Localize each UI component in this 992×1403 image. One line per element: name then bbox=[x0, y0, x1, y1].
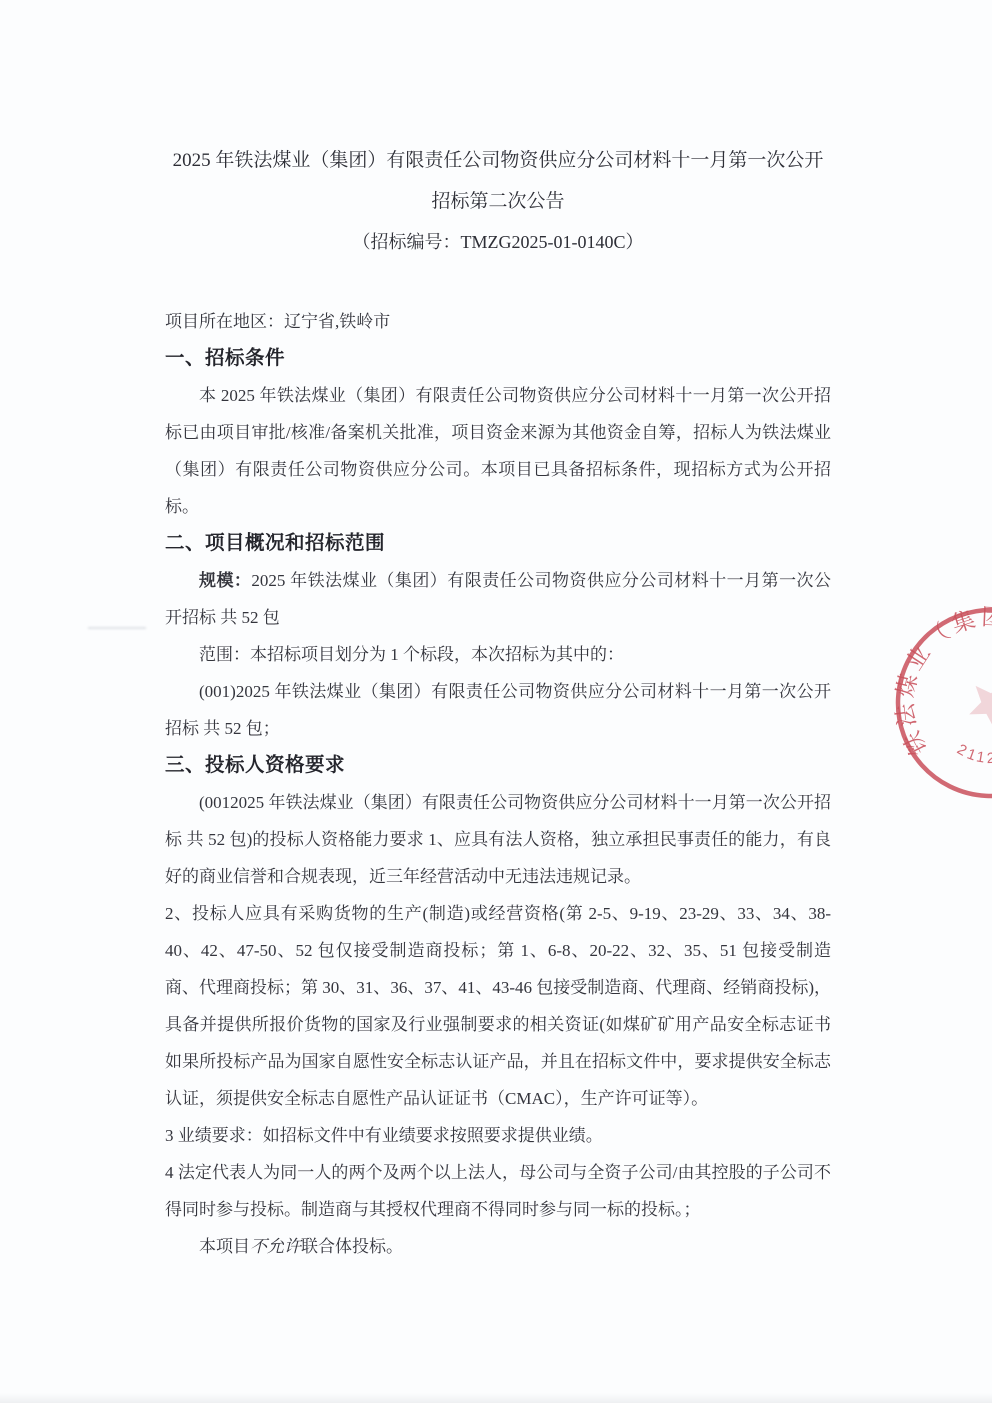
tender-number: （招标编号：TMZG2025-01-0140C） bbox=[165, 222, 831, 263]
section-2-lot-paragraph: (001)2025 年铁法煤业（集团）有限责任公司物资供应分公司材料十一月第一次… bbox=[165, 673, 831, 747]
company-seal: 铁法煤业（集团） 2112816 bbox=[840, 552, 992, 854]
scan-artifact-smudge bbox=[88, 627, 146, 629]
scope-label: 范围： bbox=[199, 645, 250, 664]
section-3-paragraph-5: 本项目不允许联合体投标。 bbox=[165, 1228, 831, 1265]
section-1-paragraph: 本 2025 年铁法煤业（集团）有限责任公司物资供应分公司材料十一月第一次公开招… bbox=[165, 377, 831, 525]
section-1-heading: 一、招标条件 bbox=[165, 340, 831, 377]
title-line-2: 招标第二次公告 bbox=[165, 181, 831, 222]
section-3-paragraph-4: 4 法定代表人为同一人的两个及两个以上法人，母公司与全资子公司/由其控股的子公司… bbox=[165, 1154, 831, 1228]
section-3-paragraph-1: (0012025 年铁法煤业（集团）有限责任公司物资供应分公司材料十一月第一次公… bbox=[165, 784, 831, 895]
document-content: 2025 年铁法煤业（集团）有限责任公司物资供应分公司材料十一月第一次公开 招标… bbox=[165, 140, 831, 1265]
project-location: 项目所在地区：辽宁省,铁岭市 bbox=[165, 303, 831, 340]
scale-text: 2025 年铁法煤业（集团）有限责任公司物资供应分公司材料十一月第一次公开招标 … bbox=[165, 571, 831, 627]
no-consortium-emphasis: 不允许 bbox=[250, 1237, 301, 1256]
no-consortium-prefix: 本项目 bbox=[199, 1237, 250, 1256]
seal-serial-number: 2112816 bbox=[951, 710, 992, 792]
no-consortium-suffix: 联合体投标。 bbox=[301, 1237, 403, 1256]
scope-text: 本招标项目划分为 1 个标段，本次招标为其中的： bbox=[250, 645, 624, 664]
title-line-1: 2025 年铁法煤业（集团）有限责任公司物资供应分公司材料十一月第一次公开 bbox=[165, 140, 831, 181]
section-3-heading: 三、投标人资格要求 bbox=[165, 747, 831, 784]
section-2-scope-paragraph: 范围：本招标项目划分为 1 个标段，本次招标为其中的： bbox=[165, 636, 831, 673]
scale-label: 规模： bbox=[199, 571, 251, 590]
section-2-heading: 二、项目概况和招标范围 bbox=[165, 525, 831, 562]
scanned-document-page: 2025 年铁法煤业（集团）有限责任公司物资供应分公司材料十一月第一次公开 招标… bbox=[0, 0, 992, 1403]
document-title: 2025 年铁法煤业（集团）有限责任公司物资供应分公司材料十一月第一次公开 招标… bbox=[165, 140, 831, 263]
section-3-paragraph-2: 2、投标人应具有采购货物的生产(制造)或经营资格(第 2-5、9-19、23-2… bbox=[165, 895, 831, 1117]
section-3-paragraph-3: 3 业绩要求：如招标文件中有业绩要求按照要求提供业绩。 bbox=[165, 1117, 831, 1154]
section-2-scale-paragraph: 规模：2025 年铁法煤业（集团）有限责任公司物资供应分公司材料十一月第一次公开… bbox=[165, 562, 831, 636]
seal-company-text: 铁法煤业（集团） bbox=[852, 567, 992, 764]
seal-star-icon bbox=[958, 670, 992, 735]
